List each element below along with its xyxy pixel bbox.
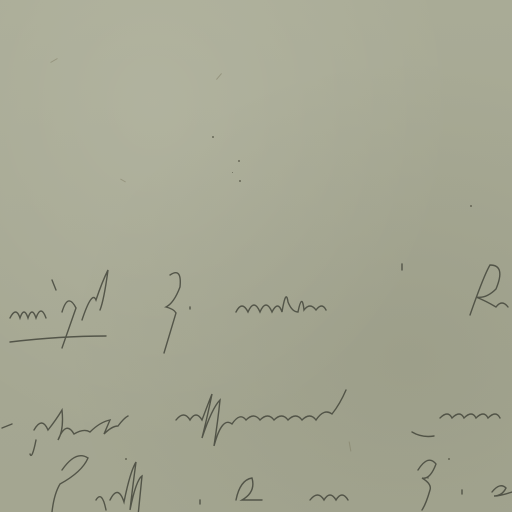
word: …uuft G. acanthi Pa… <box>3 290 292 315</box>
word: …gehört auffinnend uu… <box>3 400 333 425</box>
handwritten-line-3: Blatt i ob zu G. a… <box>47 470 298 495</box>
word: Blatt i ob zu G. a… <box>47 470 298 495</box>
handwritten-line-2: …gehört auffinnend uu… <box>3 400 333 425</box>
handwriting-strokes <box>0 0 512 512</box>
handwritten-line-1: …uuft G. acanthi Pa… <box>3 290 292 315</box>
